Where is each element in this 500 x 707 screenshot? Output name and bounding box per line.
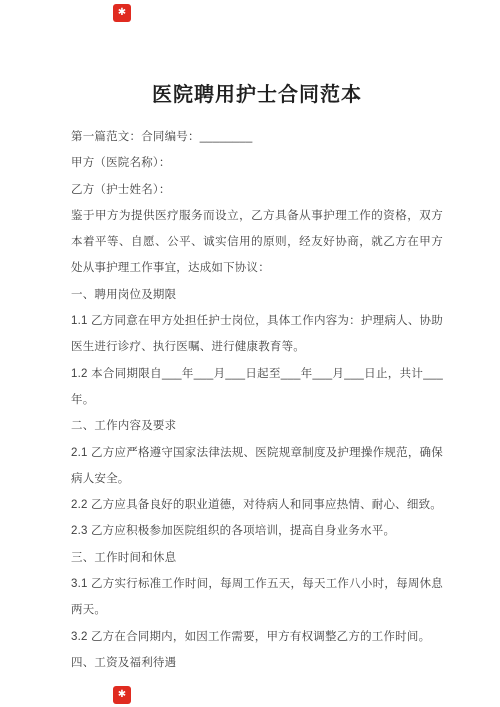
contract-paragraph: 2.1 乙方应严格遵守国家法律法规、医院规章制度及护理操作规范，确保病人安全。 [71,440,443,493]
red-marker-badge-top: ✱ [113,4,131,22]
marker-glyph-icon: ✱ [118,690,126,700]
red-marker-badge-bottom: ✱ [113,686,131,704]
contract-paragraph: 1.2 本合同期限自___年___月___日起至___年___月___日止，共计… [71,361,443,414]
contract-paragraph: 2.2 乙方应具备良好的职业道德，对待病人和同事应热情、耐心、细致。 [71,492,443,518]
contract-paragraph: 1.1 乙方同意在甲方处担任护士岗位，具体工作内容为：护理病人、协助医生进行诊疗… [71,308,443,361]
contract-document: 医院聘用护士合同范本 第一篇范文：合同编号：________甲方（医院名称）：乙… [71,82,443,676]
marker-glyph-icon: ✱ [118,8,126,18]
section-heading: 二、工作内容及要求 [71,413,443,439]
document-body: 第一篇范文：合同编号：________甲方（医院名称）：乙方（护士姓名）：鉴于甲… [71,124,443,676]
contract-paragraph: 2.3 乙方应积极参加医院组织的各项培训，提高自身业务水平。 [71,518,443,544]
section-heading: 一、聘用岗位及期限 [71,282,443,308]
contract-paragraph: 鉴于甲方为提供医疗服务而设立，乙方具备从事护理工作的资格，双方本着平等、自愿、公… [71,203,443,282]
contract-paragraph: 甲方（医院名称）： [71,150,443,176]
contract-paragraph: 3.2 乙方在合同期内，如因工作需要，甲方有权调整乙方的工作时间。 [71,624,443,650]
section-heading: 四、工资及福利待遇 [71,650,443,676]
contract-paragraph: 第一篇范文：合同编号：________ [71,124,443,150]
contract-paragraph: 3.1 乙方实行标准工作时间，每周工作五天，每天工作八小时，每周休息两天。 [71,571,443,624]
section-heading: 三、工作时间和休息 [71,545,443,571]
document-title: 医院聘用护士合同范本 [71,82,443,108]
contract-paragraph: 乙方（护士姓名）： [71,177,443,203]
